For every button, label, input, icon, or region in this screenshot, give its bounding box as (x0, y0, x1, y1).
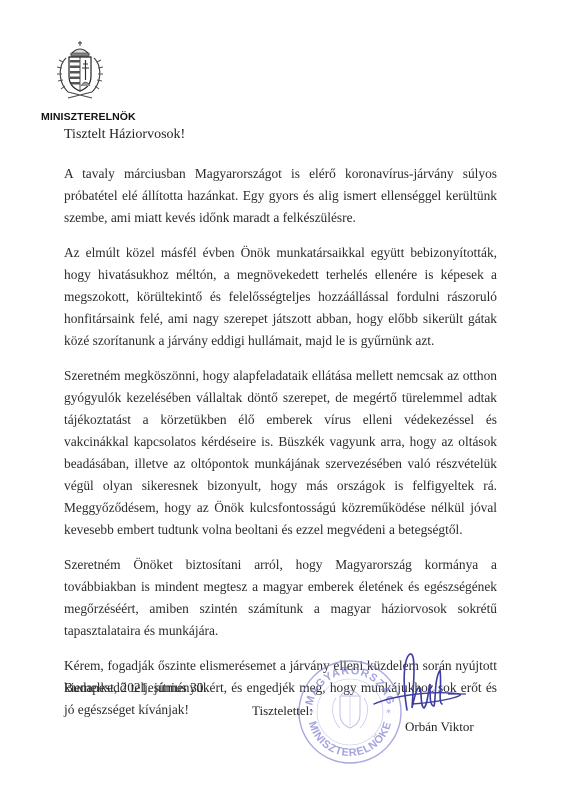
paragraph: A tavaly márciusban Magyarországot is el… (64, 163, 497, 229)
closing: Tisztelettel: (252, 703, 313, 719)
signature-icon (372, 650, 472, 722)
coat-of-arms-icon (54, 40, 106, 102)
org-name: MINISZTERELNÖK (41, 111, 136, 123)
letter-page: MINISZTERELNÖK Tisztelt Háziorvosok! A t… (0, 0, 566, 800)
paragraph: Az elmúlt közel másfél évben Önök munkat… (64, 242, 497, 352)
date-line: Budapest, 2021. június 30. (64, 680, 207, 696)
signer-name: Orbán Viktor (405, 719, 474, 735)
letter-body: A tavaly márciusban Magyarországot is el… (64, 163, 497, 734)
paragraph: Szeretném Önöket biztosítani arról, hogy… (64, 554, 497, 642)
paragraph: Szeretném megköszönni, hogy alapfeladata… (64, 365, 497, 541)
salutation: Tisztelt Háziorvosok! (64, 127, 185, 143)
